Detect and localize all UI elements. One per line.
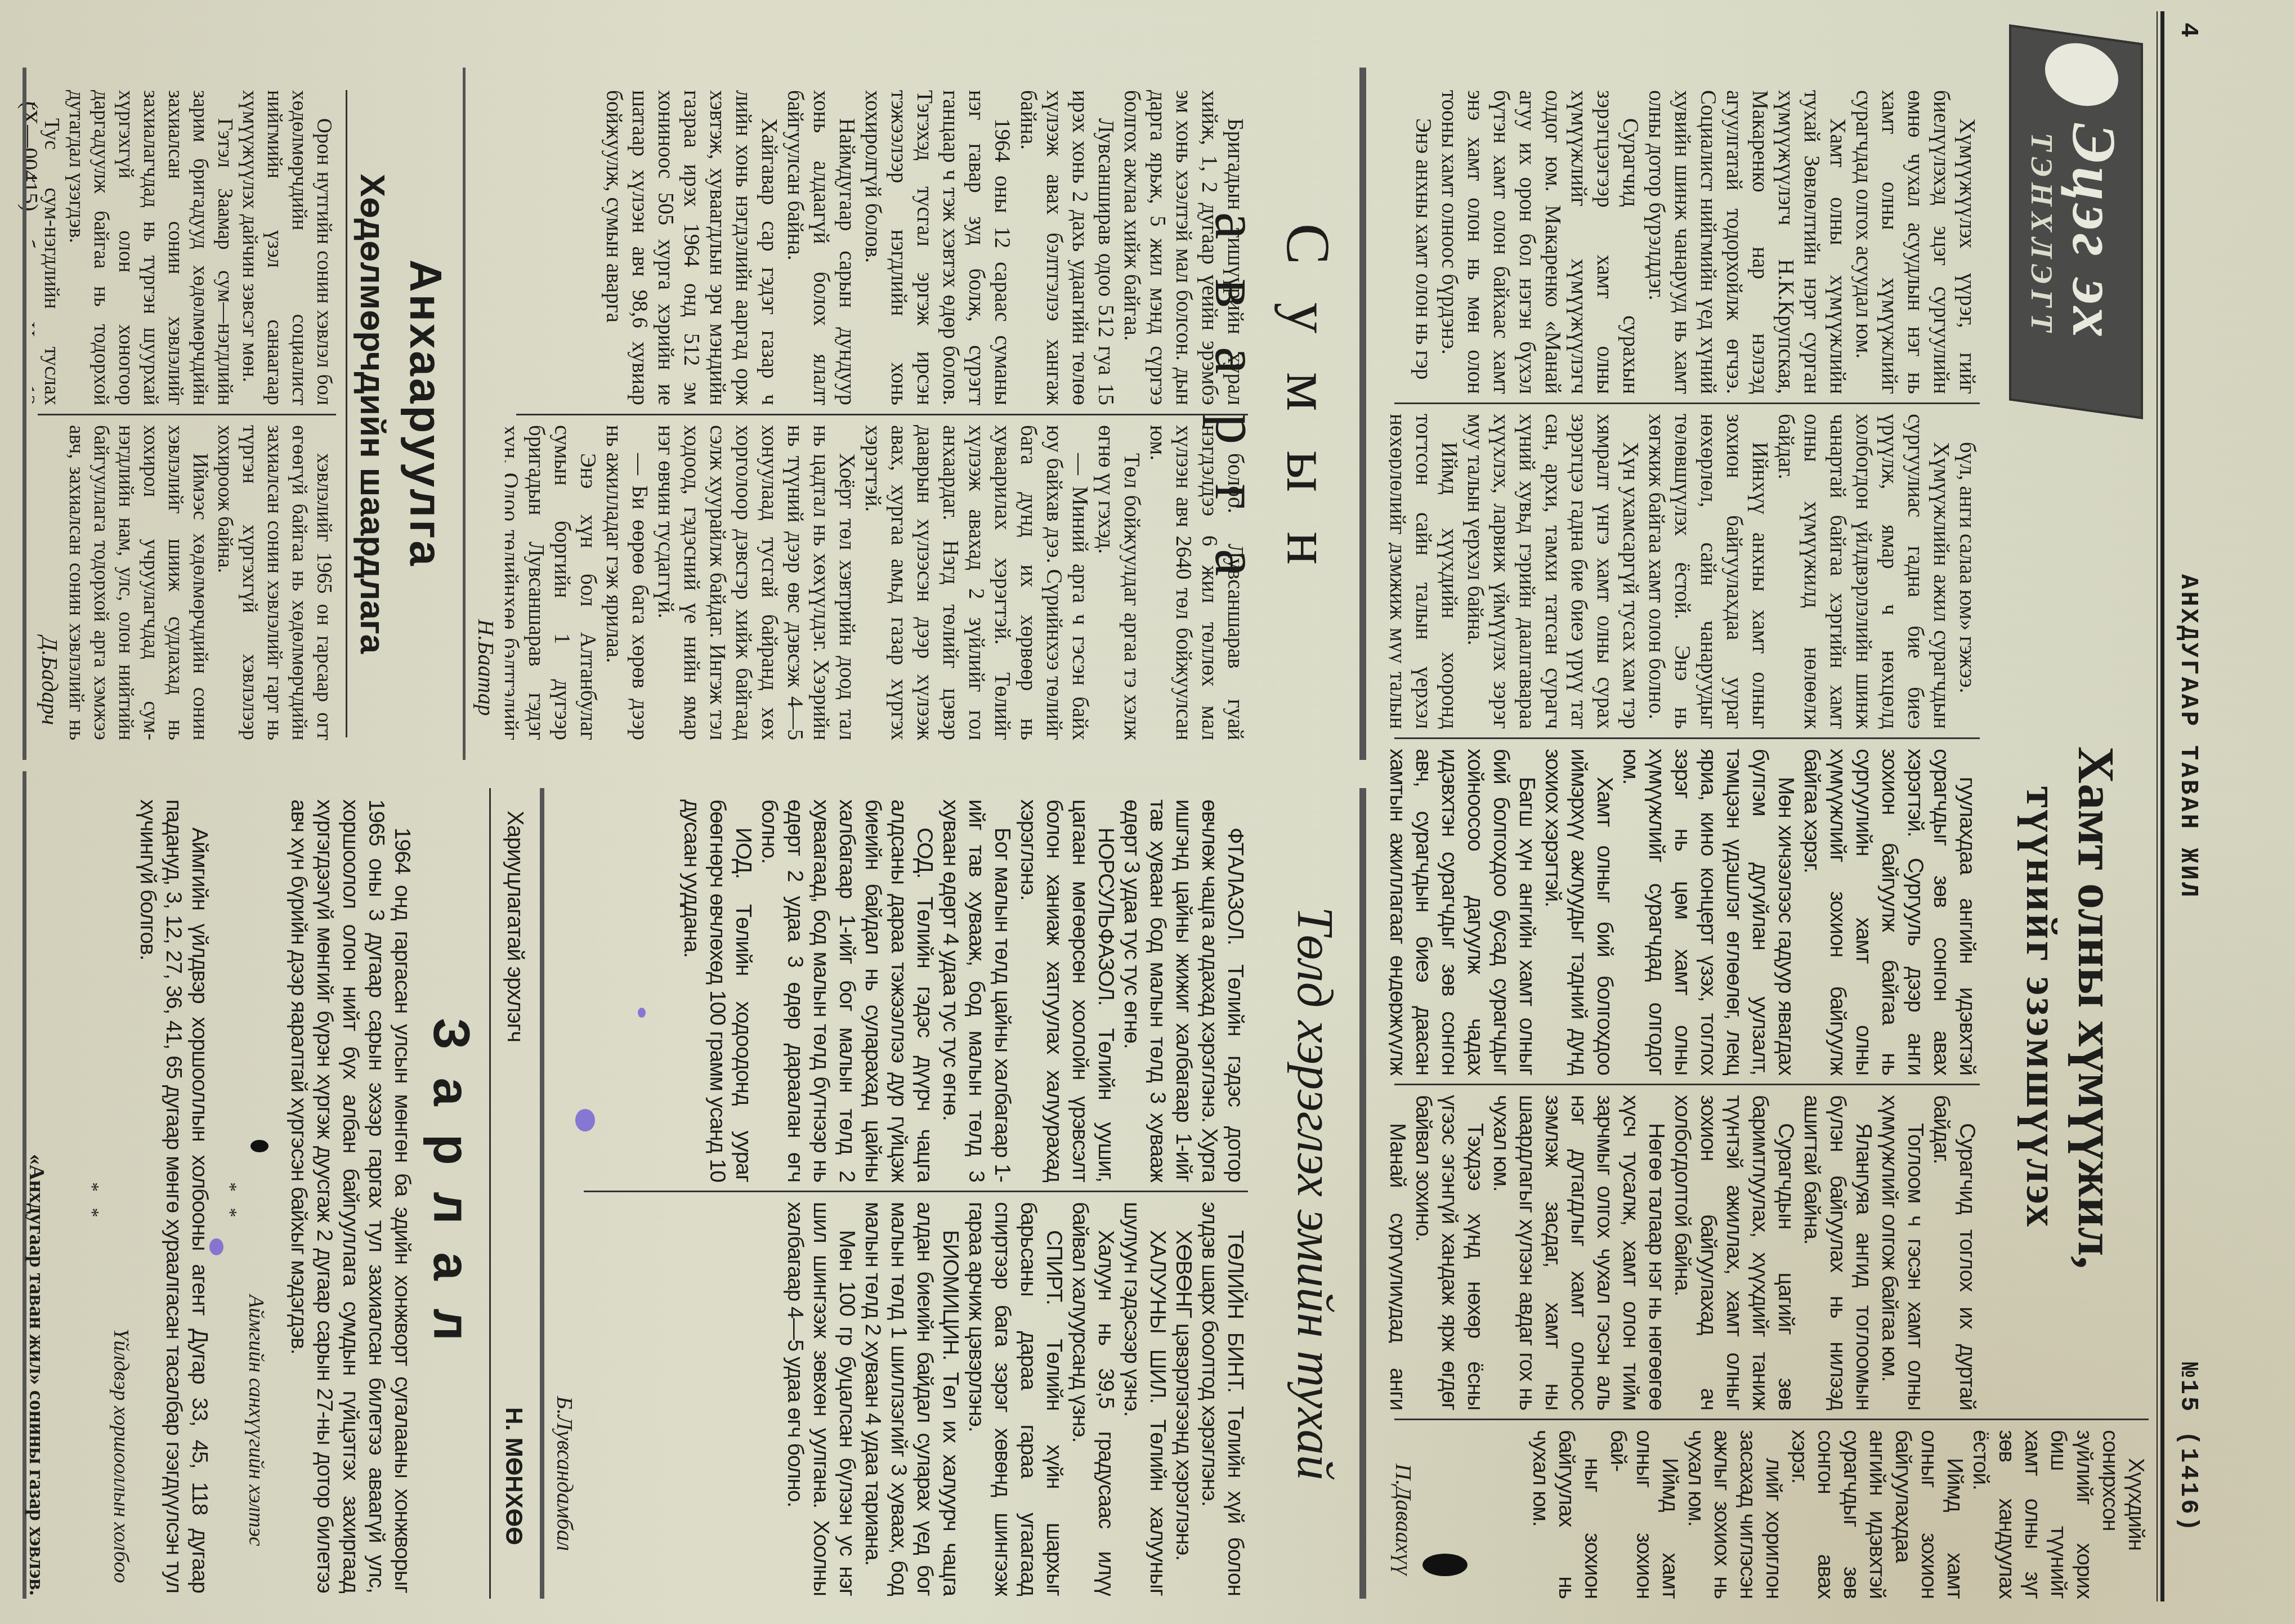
section-title-zarlal: Зарлал <box>422 788 480 1599</box>
title-underline <box>346 90 347 737</box>
logo-title: Эцэг эх <box>2058 123 2130 341</box>
article-subtitle: түүнийг эзэмшүүлэх <box>2016 417 2067 1599</box>
newspaper-scan: 4 АНХДУГААР ТАВАН ЖИЛ №15 (1416) Эцэг эх… <box>0 0 2295 1624</box>
section-rule <box>1359 788 1366 1599</box>
column-divider <box>38 414 336 415</box>
article-title: Хамт олны хүмүүжил, <box>2066 417 2126 1599</box>
child-face-icon <box>2045 38 2118 110</box>
ankhaaruulga-col1: Орон нутгийн сонин хэвлэл бол хөдөлмөрчд… <box>32 90 336 405</box>
article-main-col1: Хүмүүжүүлэх үүрэг, гийг биелүүлэхэд эцэг… <box>1389 90 1980 394</box>
print-code: (Х—00415) <box>17 101 43 212</box>
logo-subtitle: ТЭНХЛЭГТ <box>2024 132 2059 337</box>
sumyn-avarga-col1: Бригадын тишүүрийн хурал хийж, 1, 2 дуга… <box>505 90 1248 405</box>
masthead-rule <box>2160 11 2164 1601</box>
footer-rule <box>23 68 26 760</box>
article-main-col5: Хүүхдийн сонирхсон зүйлийг хорих биш түү… <box>1394 1430 2149 1599</box>
editor-rule-bottom <box>489 788 491 1599</box>
paper-hole <box>1422 1554 1468 1576</box>
zarlal-signature-finance: Аймгийн санхүүгийн хэлтэс <box>244 1295 269 1546</box>
medicine-col1: ФТАЛАЗОЛ. Төлийн гэдэс дотор өвчлөж чацг… <box>572 799 1248 1182</box>
separator-stars: * * <box>219 1182 240 1223</box>
section-title-ankhaaruulga: Анхааруулга <box>400 90 451 737</box>
column-divider <box>516 414 1248 415</box>
author-signature: Д.Бадарч <box>37 636 63 725</box>
newspaper-name: АНХДУГААР ТАВАН ЖИЛ <box>2174 574 2202 900</box>
section-rule <box>1359 68 1366 760</box>
column-logo: Эцэг эх ТЭНХЛЭГТ <box>2009 24 2143 419</box>
newspaper-page: 4 АНХДУГААР ТАВАН ЖИЛ №15 (1416) Эцэг эх… <box>0 0 2295 1624</box>
ink-stain <box>575 1109 595 1131</box>
article-main-col3: гуулахдаа ангийн идэвхтэй сурагчдыг зөв … <box>1389 749 1980 1075</box>
separator-stars: * * <box>81 1182 102 1223</box>
ink-stain <box>638 1008 646 1018</box>
column-divider <box>1394 1084 1980 1085</box>
zarlal-signature-coop: Үйлдвэр хоршооллын холбоо <box>109 1328 133 1583</box>
zarlal-para2: Аймгийн үйлдвэр хоршооллын холбооны аген… <box>133 799 212 1593</box>
ankhaaruulga-col2: хэвлэлийг 1965 он гарсаар огт өгөөгүй ба… <box>66 425 336 740</box>
zarlal-para1: 1964 онд гаргасан улсын мөнгөн ба эдийн … <box>269 799 415 1593</box>
section-title-shaardlaga: Хөдөлмөрчдийн шаардлага <box>352 90 392 737</box>
column-divider <box>1394 1419 2149 1420</box>
article-main-col2: бүл, анги салаа юм» гэжээ. Хүмүүжлийн аж… <box>1389 414 1980 729</box>
author-signature: П.Даваахүү <box>1390 1464 1417 1576</box>
printer-line: «Анхдугаар таван жил» сонины газар хэвлэ… <box>24 1154 49 1595</box>
editor-name: Н. МӨНХӨӨ <box>500 1407 527 1545</box>
sumyn-avarga-col2: болоо. Лувсаншарав гуай нэгдэлдээ 6 жил … <box>505 425 1248 740</box>
ink-stain <box>209 1238 223 1255</box>
medicine-col2: ТӨЛИЙН БИНТ. Төлийн хүй болон элдэв шарх… <box>572 1202 1248 1596</box>
paper-hole <box>250 1140 269 1152</box>
column-divider <box>1394 737 1980 739</box>
column-divider <box>1394 402 1980 404</box>
editor-label: Хариуцлагатай эрхлэгч <box>502 811 527 1042</box>
section-rule <box>463 68 466 760</box>
issue-number: №15 (1416) <box>2174 1362 2202 1533</box>
section-title-medicine: Төлд хэрэглэх эмийн тухай <box>1286 788 1344 1599</box>
masthead-rule-thin <box>2157 11 2158 1601</box>
article-main-col4: Сурагчид тоглох их дуртай байдаг. Тоглоо… <box>1389 1095 1980 1410</box>
author-signature: Б.Лувсандамбал <box>552 1396 578 1551</box>
page-number: 4 <box>2174 23 2202 39</box>
editor-rule <box>540 788 544 1599</box>
column-divider <box>584 1191 1248 1192</box>
author-signature: Н.Баатар <box>473 619 499 716</box>
